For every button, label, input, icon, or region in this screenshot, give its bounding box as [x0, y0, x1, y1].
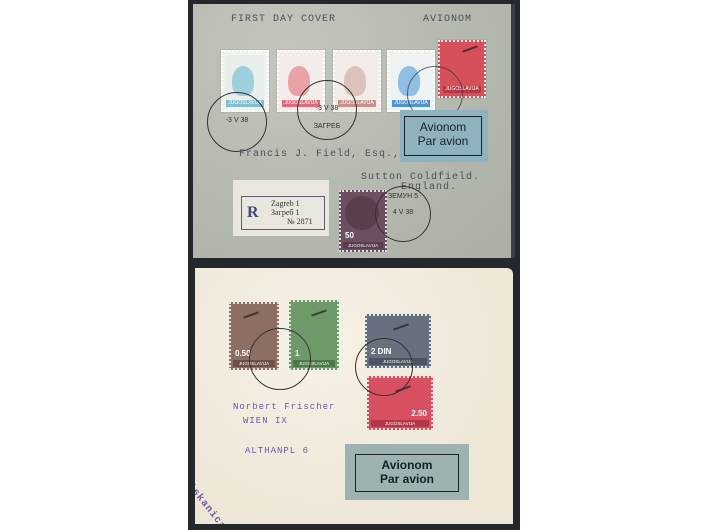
air-label: Avionom Par avion [345, 444, 469, 500]
postmark-1: -3 V 38 [207, 92, 267, 152]
airplane-icon [311, 309, 327, 316]
registration-label: R Zagreb 1 Загреб 1 № 2871 [233, 180, 329, 236]
header-avionom: AVIONOM [423, 14, 472, 25]
cover-bottom: 0.50 JUGOSLAVIJA 1 JUGOSLAVIJA 2 DIN JUG… [195, 268, 513, 524]
address-line-3: ALTHANPL 6 [245, 446, 309, 456]
address-line-1: Francis J. Field, Esq., [239, 149, 400, 160]
stamp-medallion [345, 196, 379, 230]
postmark-bottom-2 [355, 338, 413, 396]
cover-top: FIRST DAY COVER AVIONOM JUGOSLAVIJA JUGO… [193, 4, 515, 258]
postmark-zemun: ЗЕМУН 5 4 V 38 [375, 186, 431, 242]
address-line-2: WIEN IX [243, 416, 288, 426]
header-first-day-cover: FIRST DAY COVER [231, 14, 336, 25]
cachet-tiskanica: Tiskanica [195, 476, 228, 524]
airplane-icon [393, 323, 409, 330]
air-label: Avionom Par avion [400, 110, 488, 162]
address-line-1: Norbert Frischer [233, 402, 335, 412]
postmark-bottom-1 [249, 328, 311, 390]
airplane-icon [462, 45, 478, 52]
airplane-icon [243, 311, 259, 318]
postmark-2: -3 V 38 ЗАГРЕБ [297, 80, 357, 140]
